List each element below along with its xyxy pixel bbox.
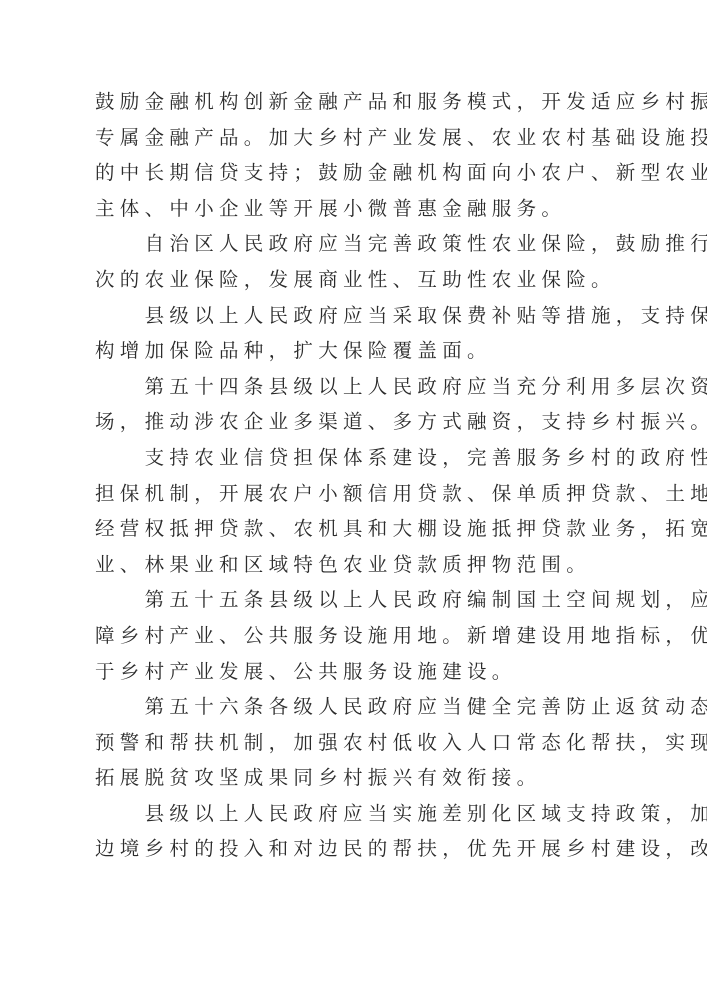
text-line: 于乡村产业发展、公共服务设施建设。 (95, 654, 619, 690)
paragraph-start-line: 自治区人民政府应当完善政策性农业保险，鼓励推行多层 (95, 226, 619, 262)
text-line: 次的农业保险，发展商业性、互助性农业保险。 (95, 262, 619, 298)
text-line: 的中长期信贷支持；鼓励金融机构面向小农户、新型农业经营 (95, 155, 619, 191)
text-line: 专属金融产品。加大乡村产业发展、农业农村基础设施投融资 (95, 120, 619, 156)
paragraph-start-line: 支持农业信贷担保体系建设，完善服务乡村的政府性融资 (95, 440, 619, 476)
article-54-start-line: 第五十四条县级以上人民政府应当充分利用多层次资本市 (95, 369, 619, 405)
article-55-start-line: 第五十五条县级以上人民政府编制国土空间规划，应当保 (95, 582, 619, 618)
text-line: 拓展脱贫攻坚成果同乡村振兴有效衔接。 (95, 760, 619, 796)
text-line: 边境乡村的投入和对边民的帮扶，优先开展乡村建设，改善基 (95, 831, 619, 867)
text-line: 业、林果业和区域特色农业贷款质押物范围。 (95, 547, 619, 583)
paragraph-start-line: 县级以上人民政府应当实施差别化区域支持政策，加大对 (95, 796, 619, 832)
text-line: 预警和帮扶机制，加强农村低收入人口常态化帮扶，实现巩固 (95, 725, 619, 761)
text-line: 担保机制，开展农户小额信用贷款、保单质押贷款、土地承包 (95, 476, 619, 512)
text-line: 构增加保险品种，扩大保险覆盖面。 (95, 333, 619, 369)
text-line: 主体、中小企业等开展小微普惠金融服务。 (95, 191, 619, 227)
text-line: 场，推动涉农企业多渠道、多方式融资，支持乡村振兴。 (95, 404, 619, 440)
text-line: 障乡村产业、公共服务设施用地。新增建设用地指标，优先用 (95, 618, 619, 654)
article-56-start-line: 第五十六条各级人民政府应当健全完善防止返贫动态监测 (95, 689, 619, 725)
document-page: 鼓励金融机构创新金融产品和服务模式，开发适应乡村振兴的 专属金融产品。加大乡村产… (95, 84, 619, 867)
paragraph-start-line: 县级以上人民政府应当采取保费补贴等措施，支持保险机 (95, 298, 619, 334)
text-line: 鼓励金融机构创新金融产品和服务模式，开发适应乡村振兴的 (95, 84, 619, 120)
text-line: 经营权抵押贷款、农机具和大棚设施抵押贷款业务，拓宽畜牧 (95, 511, 619, 547)
